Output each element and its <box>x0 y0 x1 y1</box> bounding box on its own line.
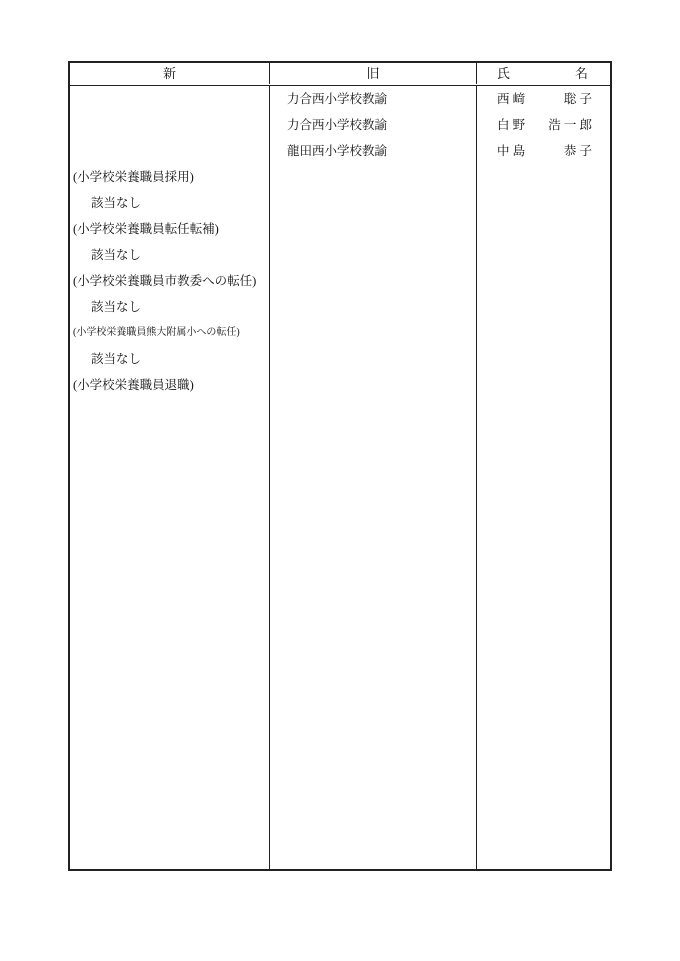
given-name: 浩 一 郎 <box>548 112 592 138</box>
blank-line <box>70 138 269 164</box>
category-line: (小学校栄養職員退職) <box>70 372 269 398</box>
given-name: 聡 子 <box>564 86 592 112</box>
not-applicable-line: 該当なし <box>70 190 269 216</box>
category-line-small: (小学校栄養職員熊大附属小への転任) <box>70 320 269 346</box>
column-old: 力合西小学校教諭 力合西小学校教諭 龍田西小学校教諭 <box>270 86 477 870</box>
category-line: (小学校栄養職員転任転補) <box>70 216 269 242</box>
header-name: 氏 名 <box>477 63 610 84</box>
given-name: 恭 子 <box>564 138 592 164</box>
header-name-family: 氏 <box>497 63 510 84</box>
family-name: 西 﨑 <box>497 86 525 112</box>
name-line: 中 島 恭 子 <box>477 138 610 164</box>
not-applicable-line: 該当なし <box>70 346 269 372</box>
personnel-transfer-table: 新 旧 氏 名 (小学校栄養職員採用) 該当なし (小学校栄養職員転任転補) 該… <box>68 61 612 871</box>
name-line: 白 野 浩 一 郎 <box>477 112 610 138</box>
not-applicable-line: 該当なし <box>70 242 269 268</box>
not-applicable-line: 該当なし <box>70 294 269 320</box>
name-line: 西 﨑 聡 子 <box>477 86 610 112</box>
column-new: (小学校栄養職員採用) 該当なし (小学校栄養職員転任転補) 該当なし (小学校… <box>70 86 270 870</box>
blank-line <box>70 86 269 112</box>
old-position-line: 力合西小学校教諭 <box>270 112 476 138</box>
blank-line <box>70 112 269 138</box>
category-line: (小学校栄養職員採用) <box>70 164 269 190</box>
old-position-line: 龍田西小学校教諭 <box>270 138 476 164</box>
old-position-line: 力合西小学校教諭 <box>270 86 476 112</box>
family-name: 白 野 <box>497 112 525 138</box>
header-name-given: 名 <box>575 63 588 84</box>
header-old-position: 旧 <box>270 63 477 84</box>
header-new-position: 新 <box>70 63 270 84</box>
category-line: (小学校栄養職員市教委への転任) <box>70 268 269 294</box>
table-header-row: 新 旧 氏 名 <box>70 63 610 86</box>
document-page: 新 旧 氏 名 (小学校栄養職員採用) 該当なし (小学校栄養職員転任転補) 該… <box>0 0 680 961</box>
table-body: (小学校栄養職員採用) 該当なし (小学校栄養職員転任転補) 該当なし (小学校… <box>70 86 610 870</box>
family-name: 中 島 <box>497 138 525 164</box>
column-name: 西 﨑 聡 子 白 野 浩 一 郎 中 島 恭 子 <box>477 86 610 870</box>
